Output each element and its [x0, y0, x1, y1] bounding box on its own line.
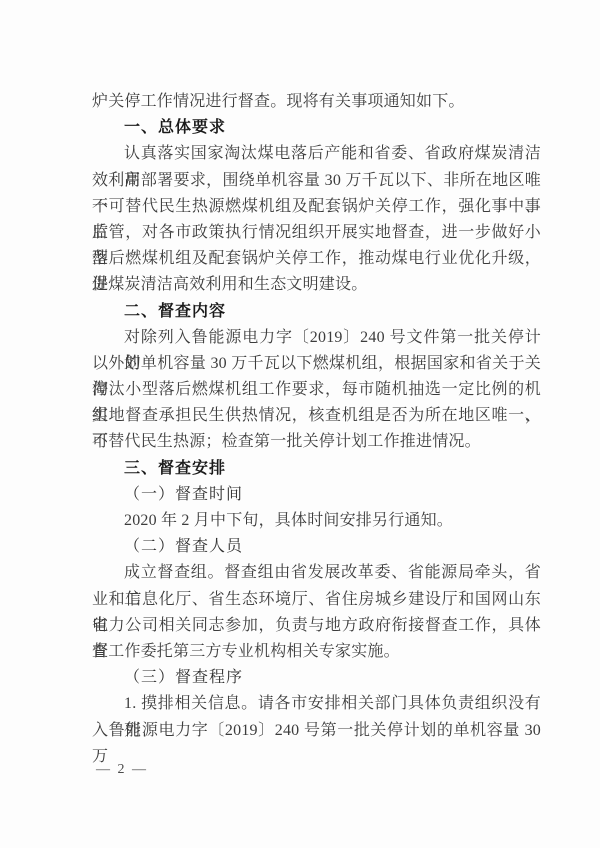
doc-line: 以外的单机容量 30 万千瓦以下燃煤机组，根据国家和省关于关停: [92, 351, 541, 377]
doc-line: 落后燃煤机组及配套锅炉关停工作，推动煤电行业优化升级，促: [92, 246, 541, 272]
doc-line: 电力公司相关同志参加，负责与地方政府衔接督查工作，具体督: [92, 613, 541, 639]
doc-line: 进煤炭清洁高效利用和生态文明建设。: [92, 272, 541, 298]
doc-line: 炉关停工作情况进行督查。现将有关事项通知如下。: [92, 89, 541, 115]
subsection-heading-1: （一）督查时间: [92, 482, 541, 508]
section-heading-1: 一、总体要求: [92, 115, 541, 141]
section-heading-2: 二、督查内容: [92, 299, 541, 325]
doc-line: 1. 摸排相关信息。请各市安排相关部门具体负责组织没有列: [92, 691, 541, 717]
doc-line: 入鲁能源电力字〔2019〕240 号第一批关停计划的单机容量 30 万: [92, 718, 541, 744]
doc-line: 监管，对各市政策执行情况组织开展实地督查，进一步做好小型: [92, 220, 541, 246]
doc-line: 淘汰小型落后燃煤机组工作要求，每市随机抽选一定比例的机组，: [92, 377, 541, 403]
document-body: 炉关停工作情况进行督查。现将有关事项通知如下。 一、总体要求 认真落实国家淘汰煤…: [92, 89, 541, 744]
doc-line: 认真落实国家淘汰煤电落后产能和省委、省政府煤炭清洁高: [92, 141, 541, 167]
doc-line: 成立督查组。督查组由省发展改革委、省能源局牵头，省工: [92, 560, 541, 586]
doc-line: 实地督查承担民生供热情况，核查机组是否为所在地区唯一、不: [92, 403, 541, 429]
doc-line: 可替代民生热源；检查第一批关停计划工作推进情况。: [92, 429, 541, 455]
document-page: 炉关停工作情况进行督查。现将有关事项通知如下。 一、总体要求 认真落实国家淘汰煤…: [0, 0, 600, 848]
section-heading-3: 三、督查安排: [92, 456, 541, 482]
subsection-heading-3: （三）督查程序: [92, 665, 541, 691]
doc-line: 2020 年 2 月中下旬，具体时间安排另行通知。: [92, 508, 541, 534]
doc-line: 效利用部署要求，围绕单机容量 30 万千瓦以下、非所在地区唯一、: [92, 168, 541, 194]
doc-line: 查工作委托第三方专业机构相关专家实施。: [92, 639, 541, 665]
subsection-heading-2: （二）督查人员: [92, 534, 541, 560]
doc-line: 不可替代民生热源燃煤机组及配套锅炉关停工作，强化事中事后: [92, 194, 541, 220]
page-number: — 2 —: [96, 762, 148, 778]
doc-line: 业和信息化厅、省生态环境厅、省住房城乡建设厅和国网山东省: [92, 587, 541, 613]
doc-line: 对除列入鲁能源电力字〔2019〕240 号文件第一批关停计划: [92, 325, 541, 351]
